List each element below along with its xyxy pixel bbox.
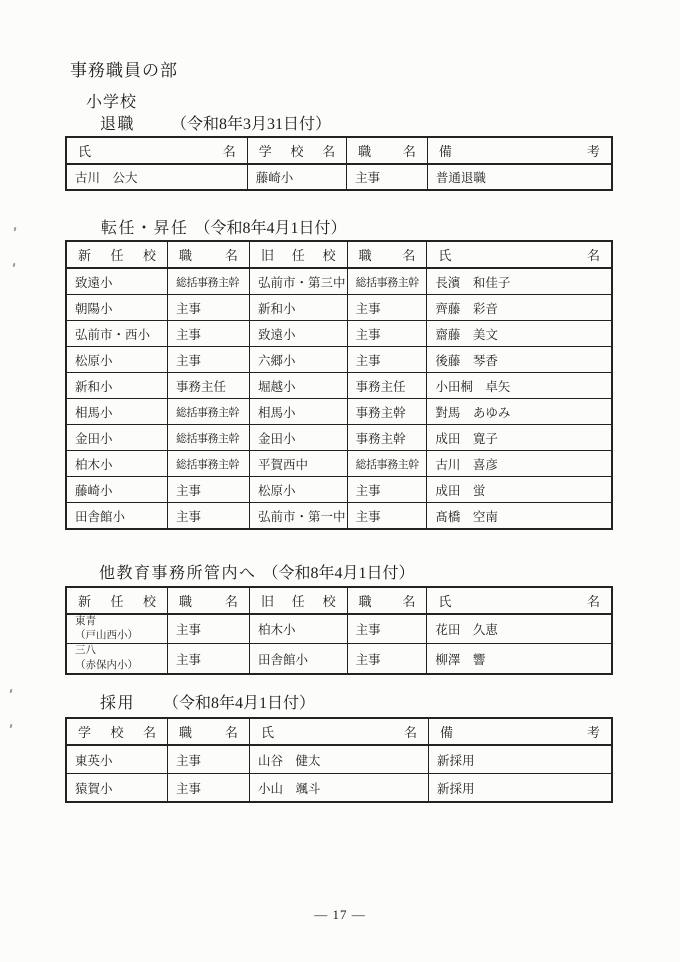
transfer-promotion-table: 新任校職名旧任校職名氏名致遠小総括事務主幹弘前市・第三中総括事務主幹長濱 和佳子… <box>65 240 613 530</box>
table-row: 東青 （戸山西小）主事柏木小主事花田 久恵 <box>66 614 612 644</box>
table-cell: 主事 <box>168 321 250 347</box>
section-date: （令和8年4月1日付） <box>163 690 315 713</box>
column-header: 職名 <box>347 241 427 268</box>
table-cell: 髙橋 空南 <box>427 503 612 530</box>
table-cell: 小山 颯斗 <box>249 774 428 803</box>
column-header: 備考 <box>429 718 612 745</box>
table-cell: 主事 <box>168 347 250 373</box>
column-header: 氏名 <box>66 137 247 164</box>
table-row: 東英小主事山谷 健太新採用 <box>66 745 612 774</box>
table-cell: 新和小 <box>66 373 168 399</box>
table-cell: 弘前市・第一中 <box>249 503 347 530</box>
table-cell: 主事 <box>347 295 427 321</box>
column-header: 氏名 <box>427 241 612 268</box>
table-cell: 新採用 <box>429 774 612 803</box>
table-cell: 平賀西中 <box>249 451 347 477</box>
page-number: — 17 — <box>0 907 680 923</box>
table-cell: 新和小 <box>249 295 347 321</box>
table-cell: 総括事務主幹 <box>347 268 427 295</box>
section-title: 他教育事務所管内へ <box>99 560 257 583</box>
table-cell: 松原小 <box>66 347 168 373</box>
column-header: 旧任校 <box>249 587 347 614</box>
column-header: 旧任校 <box>249 241 347 268</box>
section-title: 退職 <box>100 111 135 134</box>
table-row: 猿賀小主事小山 颯斗新採用 <box>66 774 612 803</box>
column-header: 職名 <box>168 241 250 268</box>
table-cell: 主事 <box>347 503 427 530</box>
table-row: 相馬小総括事務主幹相馬小事務主幹對馬 あゆみ <box>66 399 612 425</box>
table-cell: 成田 寛子 <box>427 425 612 451</box>
table-cell: 総括事務主幹 <box>168 399 250 425</box>
table-cell: 小田桐 卓矢 <box>427 373 612 399</box>
column-header: 職名 <box>347 137 428 164</box>
table-cell: 金田小 <box>249 425 347 451</box>
header-row: 新任校職名旧任校職名氏名 <box>66 587 612 614</box>
table-cell: 主事 <box>168 774 250 803</box>
section-heading-retirement: 退職 （令和8年3月31日付） <box>100 111 331 134</box>
header-row: 新任校職名旧任校職名氏名 <box>66 241 612 268</box>
scan-speck <box>14 227 17 231</box>
table-row: 三八 （赤保内小）主事田舎館小主事柳澤 響 <box>66 644 612 674</box>
table-cell: 事務主幹 <box>347 399 427 425</box>
scan-speck <box>10 724 13 728</box>
column-header: 職名 <box>347 587 427 614</box>
column-header: 学校名 <box>247 137 346 164</box>
table-cell: 相馬小 <box>66 399 168 425</box>
table-cell: 主事 <box>168 503 250 530</box>
table-cell: 主事 <box>168 745 250 774</box>
table-cell: 事務主任 <box>168 373 250 399</box>
section-date: （令和8年4月1日付） <box>263 560 415 583</box>
table-cell: 弘前市・西小 <box>66 321 168 347</box>
hiring-table: 学校名職名氏名備考東英小主事山谷 健太新採用猿賀小主事小山 颯斗新採用 <box>65 717 613 803</box>
other-district-table: 新任校職名旧任校職名氏名東青 （戸山西小）主事柏木小主事花田 久恵三八 （赤保内… <box>65 586 613 675</box>
table-cell: 堀越小 <box>249 373 347 399</box>
table-cell: 総括事務主幹 <box>347 451 427 477</box>
column-header: 学校名 <box>66 718 168 745</box>
scan-speck <box>10 689 13 693</box>
section-heading-hiring: 採用 （令和8年4月1日付） <box>100 690 315 713</box>
table-cell: 田舎館小 <box>66 503 168 530</box>
school-level-heading: 小学校 <box>86 89 137 112</box>
table-cell: 柳澤 響 <box>427 644 612 674</box>
table-cell: 主事 <box>168 477 250 503</box>
table-cell: 齊藤 彩音 <box>427 295 612 321</box>
table-cell: 山谷 健太 <box>249 745 428 774</box>
table-cell: 花田 久恵 <box>427 614 612 644</box>
table-cell: 致遠小 <box>249 321 347 347</box>
section-title: 採用 <box>100 690 135 713</box>
column-header: 職名 <box>168 718 250 745</box>
table-cell: 金田小 <box>66 425 168 451</box>
data-table: 学校名職名氏名備考東英小主事山谷 健太新採用猿賀小主事小山 颯斗新採用 <box>65 717 613 803</box>
table-cell: 主事 <box>347 644 427 674</box>
column-header: 備考 <box>427 137 612 164</box>
table-row: 弘前市・西小主事致遠小主事齋藤 美文 <box>66 321 612 347</box>
table-cell: 松原小 <box>249 477 347 503</box>
table-cell: 古川 公大 <box>66 164 247 190</box>
table-cell: 柏木小 <box>66 451 168 477</box>
table-cell: 齋藤 美文 <box>427 321 612 347</box>
table-cell: 六郷小 <box>249 347 347 373</box>
table-cell: 對馬 あゆみ <box>427 399 612 425</box>
table-cell: 古川 喜彦 <box>427 451 612 477</box>
table-row: 藤崎小主事松原小主事成田 蛍 <box>66 477 612 503</box>
table-row: 田舎館小主事弘前市・第一中主事髙橋 空南 <box>66 503 612 530</box>
table-cell: 藤崎小 <box>66 477 168 503</box>
table-cell: 東英小 <box>66 745 168 774</box>
table-cell: 総括事務主幹 <box>168 451 250 477</box>
table-cell: 新採用 <box>429 745 612 774</box>
table-cell: 主事 <box>347 347 427 373</box>
retirement-table: 氏名学校名職名備考古川 公大藤崎小主事普通退職 <box>65 136 613 191</box>
table-row: 松原小主事六郷小主事後藤 琴香 <box>66 347 612 373</box>
table-row: 致遠小総括事務主幹弘前市・第三中総括事務主幹長濱 和佳子 <box>66 268 612 295</box>
column-header: 新任校 <box>66 587 168 614</box>
section-heading-transfer-promotion: 転任・昇任 （令和8年4月1日付） <box>101 215 347 238</box>
table-cell: 相馬小 <box>249 399 347 425</box>
table-cell: 朝陽小 <box>66 295 168 321</box>
column-header: 職名 <box>168 587 250 614</box>
table-cell: 東青 （戸山西小） <box>66 614 168 644</box>
table-cell: 主事 <box>347 321 427 347</box>
document-title: 事務職員の部 <box>70 56 178 81</box>
data-table: 氏名学校名職名備考古川 公大藤崎小主事普通退職 <box>65 136 613 191</box>
table-cell: 猿賀小 <box>66 774 168 803</box>
document-page: 事務職員の部 小学校 退職 （令和8年3月31日付） 氏名学校名職名備考古川 公… <box>0 0 680 962</box>
scan-speck <box>13 263 16 267</box>
data-table: 新任校職名旧任校職名氏名東青 （戸山西小）主事柏木小主事花田 久恵三八 （赤保内… <box>65 586 613 675</box>
table-cell: 藤崎小 <box>247 164 346 190</box>
header-row: 氏名学校名職名備考 <box>66 137 612 164</box>
header-row: 学校名職名氏名備考 <box>66 718 612 745</box>
table-cell: 主事 <box>168 644 250 674</box>
section-heading-other-district: 他教育事務所管内へ （令和8年4月1日付） <box>99 560 415 583</box>
table-cell: 致遠小 <box>66 268 168 295</box>
table-cell: 後藤 琴香 <box>427 347 612 373</box>
table-cell: 成田 蛍 <box>427 477 612 503</box>
table-cell: 弘前市・第三中 <box>249 268 347 295</box>
table-row: 新和小事務主任堀越小事務主任小田桐 卓矢 <box>66 373 612 399</box>
column-header: 氏名 <box>427 587 612 614</box>
table-cell: 三八 （赤保内小） <box>66 644 168 674</box>
table-cell: 主事 <box>168 614 250 644</box>
table-cell: 総括事務主幹 <box>168 425 250 451</box>
table-cell: 事務主幹 <box>347 425 427 451</box>
table-row: 金田小総括事務主幹金田小事務主幹成田 寛子 <box>66 425 612 451</box>
column-header: 氏名 <box>249 718 428 745</box>
table-cell: 長濱 和佳子 <box>427 268 612 295</box>
table-cell: 主事 <box>168 295 250 321</box>
table-cell: 総括事務主幹 <box>168 268 250 295</box>
table-cell: 柏木小 <box>249 614 347 644</box>
section-date: （令和8年3月31日付） <box>171 111 331 134</box>
table-cell: 主事 <box>347 614 427 644</box>
data-table: 新任校職名旧任校職名氏名致遠小総括事務主幹弘前市・第三中総括事務主幹長濱 和佳子… <box>65 240 613 530</box>
column-header: 新任校 <box>66 241 168 268</box>
table-cell: 事務主任 <box>347 373 427 399</box>
table-cell: 主事 <box>347 477 427 503</box>
table-row: 古川 公大藤崎小主事普通退職 <box>66 164 612 190</box>
section-title: 転任・昇任 <box>101 215 189 238</box>
table-cell: 田舎館小 <box>249 644 347 674</box>
section-date: （令和8年4月1日付） <box>195 215 347 238</box>
table-row: 朝陽小主事新和小主事齊藤 彩音 <box>66 295 612 321</box>
table-cell: 主事 <box>347 164 428 190</box>
table-row: 柏木小総括事務主幹平賀西中総括事務主幹古川 喜彦 <box>66 451 612 477</box>
table-cell: 普通退職 <box>427 164 612 190</box>
